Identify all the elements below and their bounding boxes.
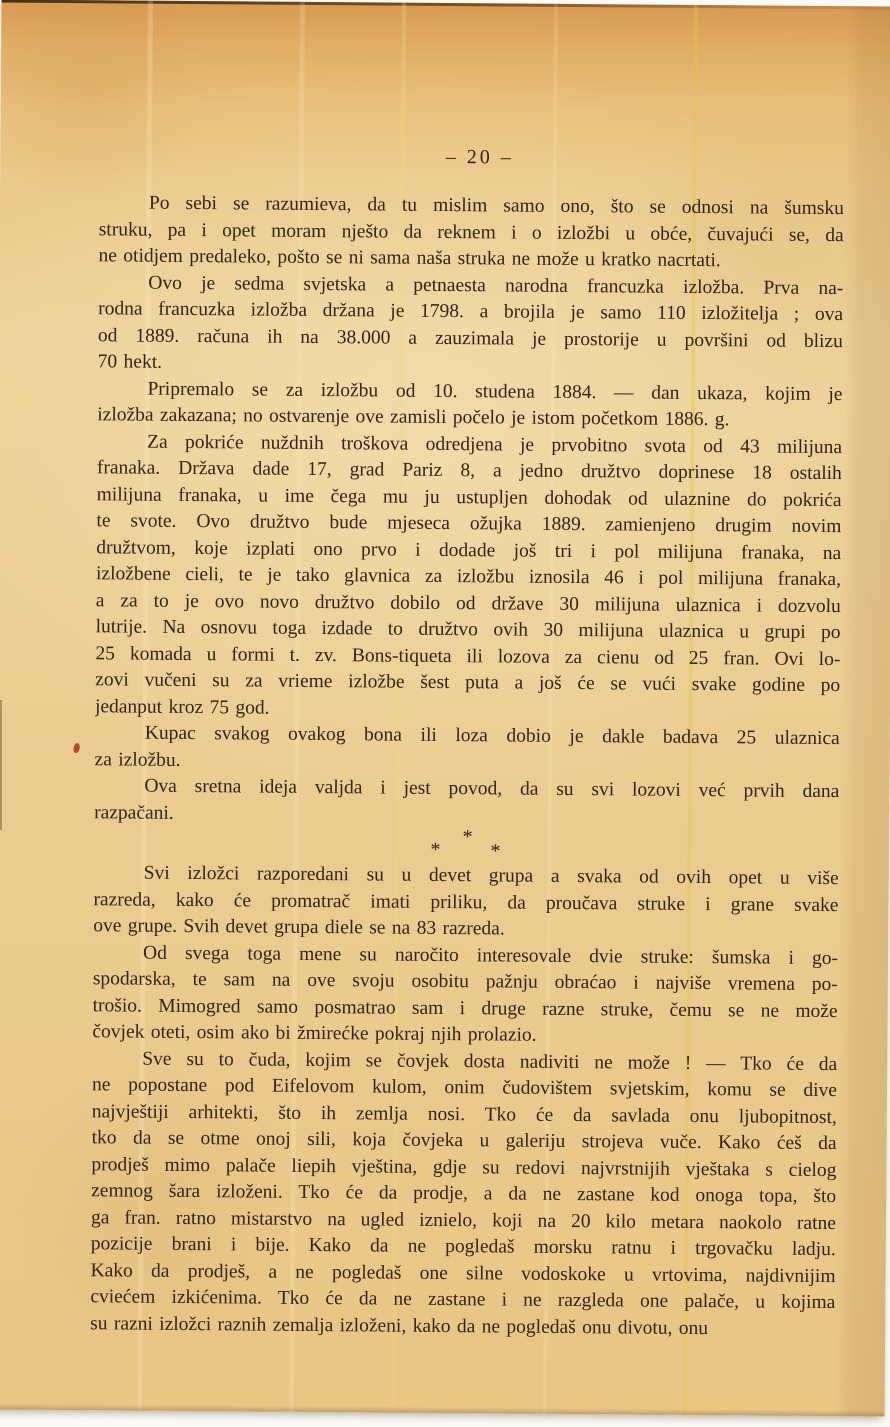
paragraph-1: Po sebi se razumieva, da tu mislim samo …: [98, 190, 844, 275]
paragraph-3: Pripremalo se za izložbu od 10. studena …: [97, 376, 842, 435]
paragraph-4: Za pokriće nuždnih troškova odredjena je…: [95, 429, 842, 726]
page-text: Po sebi se razumieva, da tu mislim samo …: [90, 190, 844, 1343]
asterisk-icon: *: [430, 837, 440, 864]
book-page: – 20 – Po sebi se razumieva, da tu misli…: [0, 0, 890, 1416]
scan-edge-artifact: [0, 700, 2, 830]
red-ink-speck: [73, 743, 81, 754]
asterisk-icon: *: [462, 824, 472, 851]
paragraph-2: Ovo je sedma svjetska a petnaesta narodn…: [98, 270, 844, 382]
paragraph-9: Sve su to čuda, kojim se čovjek dosta na…: [90, 1046, 837, 1343]
scanner-background: – 20 – Po sebi se razumieva, da tu misli…: [0, 0, 890, 1427]
paragraph-8: Od svega toga mene su naročito interesov…: [92, 940, 838, 1052]
paragraph-5: Kupac svakog ovakog bona ili loza dobio …: [94, 720, 839, 779]
section-separator: * * *: [94, 826, 839, 866]
page-number: – 20 –: [107, 143, 852, 172]
asterisk-icon: *: [490, 838, 500, 865]
paragraph-7: Svi izložci razporedani su u devet grupa…: [93, 860, 839, 945]
